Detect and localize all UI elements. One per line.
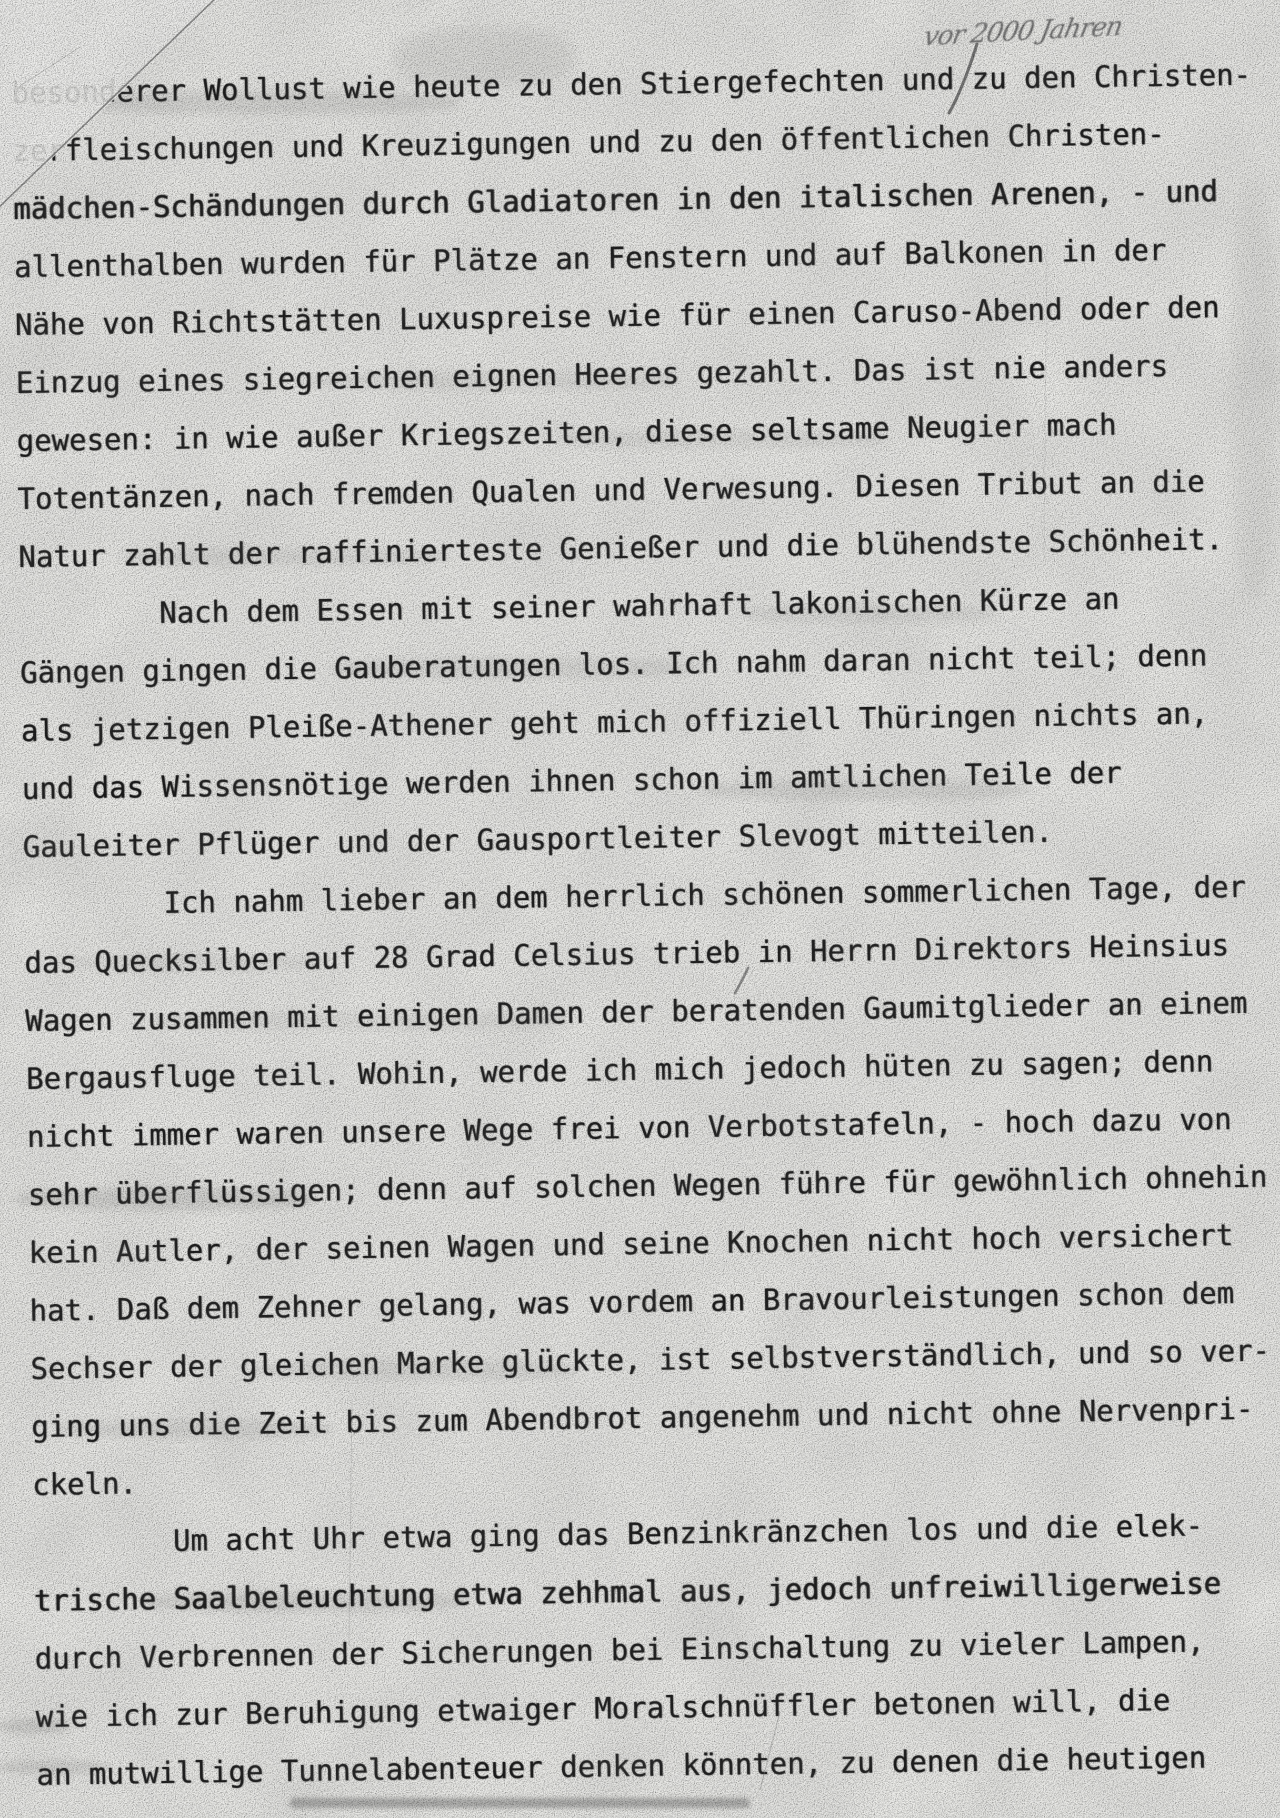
handwritten-annotation: vor 2000 Jahren <box>921 10 1167 53</box>
typescript-text: besonderer Wollust wie heute zu den Stie… <box>11 45 1280 1803</box>
smudge <box>290 1798 750 1808</box>
scanned-page: besonderer Wollust wie heute zu den Stie… <box>0 0 1280 1818</box>
